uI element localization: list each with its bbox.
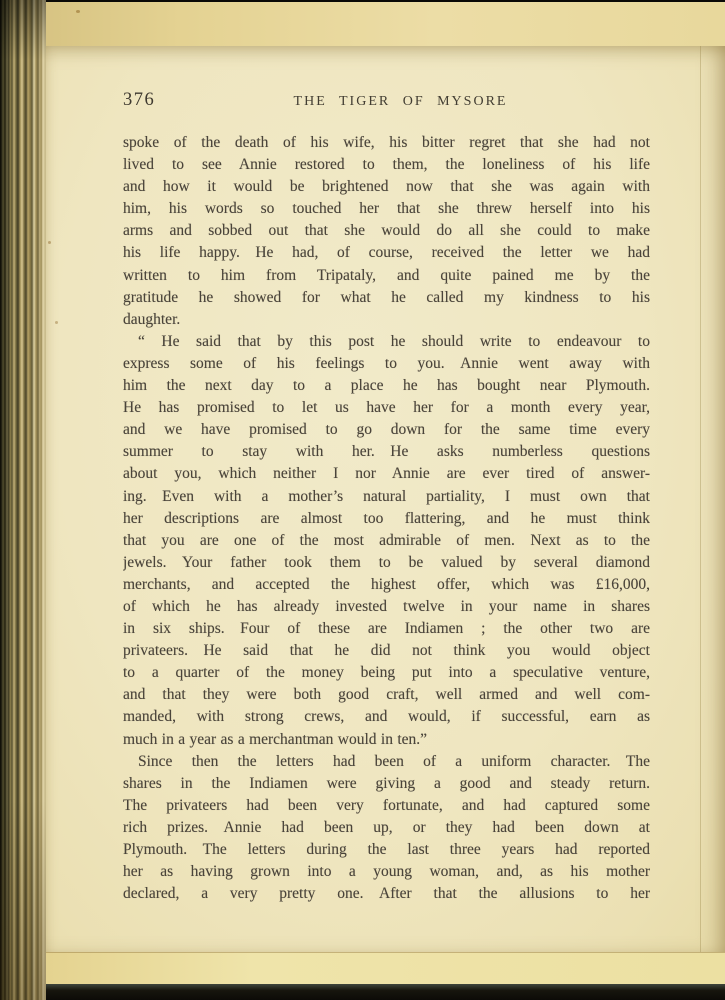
foxing-speck	[48, 241, 51, 244]
text-line: much in a year as a merchantman would in…	[123, 729, 650, 751]
text-line: about you, which neither I nor Annie are…	[123, 463, 650, 485]
text-line: arms and sobbed out that she would do al…	[123, 220, 650, 242]
page-number: 376	[123, 90, 155, 111]
text-line: Plymouth. The letters during the last th…	[123, 839, 650, 861]
text-line: of which he has already invested twelve …	[123, 596, 650, 618]
book-page: 376 THE TIGER OF MYSORE spoke of the dea…	[44, 46, 725, 952]
bottom-page-edges	[0, 952, 725, 985]
left-page-edges	[0, 0, 46, 1000]
page-content: 376 THE TIGER OF MYSORE spoke of the dea…	[123, 90, 650, 905]
text-line: privateers. He said that he did not thin…	[123, 640, 650, 662]
text-line: spoke of the death of his wife, his bitt…	[123, 132, 650, 154]
text-line: to a quarter of the money being put into…	[123, 662, 650, 684]
text-block: spoke of the death of his wife, his bitt…	[123, 132, 650, 905]
text-line: that you are one of the most admirable o…	[123, 530, 650, 552]
text-line: ing. Even with a mother’s natural partia…	[123, 486, 650, 508]
text-line: gratitude he showed for what he called m…	[123, 287, 650, 309]
text-line: shares in the Indiamen were giving a goo…	[123, 773, 650, 795]
text-line: and we have promised to go down for the …	[123, 419, 650, 441]
book-photo: 376 THE TIGER OF MYSORE spoke of the dea…	[0, 0, 725, 1000]
text-line: her as having grown into a young woman, …	[123, 861, 650, 883]
foxing-speck	[76, 10, 80, 13]
text-line: written to him from Tripataly, and quite…	[123, 265, 650, 287]
text-line: jewels. Your father took them to be valu…	[123, 552, 650, 574]
text-line: his life happy. He had, of course, recei…	[123, 242, 650, 264]
text-line: “ He said that by this post he should wr…	[123, 331, 650, 353]
text-line: him the next day to a place he has bough…	[123, 375, 650, 397]
text-line: and how it would be brightened now that …	[123, 176, 650, 198]
text-line: daughter.	[123, 309, 650, 331]
page-right-fold-line	[700, 46, 701, 952]
foxing-speck	[55, 321, 58, 324]
text-line: summer to stay with her. He asks numberl…	[123, 441, 650, 463]
top-page-edges	[0, 2, 725, 47]
text-line: lived to see Annie restored to them, the…	[123, 154, 650, 176]
text-line: express some of his feelings to you. Ann…	[123, 353, 650, 375]
text-line: He has promised to let us have her for a…	[123, 397, 650, 419]
table-shadow	[0, 984, 725, 1000]
page-header: 376 THE TIGER OF MYSORE	[123, 90, 650, 112]
running-title: THE TIGER OF MYSORE	[294, 94, 508, 110]
text-line: her descriptions are almost too flatteri…	[123, 508, 650, 530]
text-line: Since then the letters had been of a uni…	[123, 751, 650, 773]
text-line: The privateers had been very fortunate, …	[123, 795, 650, 817]
text-line: in six ships. Four of these are Indiamen…	[123, 618, 650, 640]
text-line: manded, with strong crews, and would, if…	[123, 706, 650, 728]
text-line: declared, a very pretty one. After that …	[123, 883, 650, 905]
text-line: rich prizes. Annie had been up, or they …	[123, 817, 650, 839]
text-line: and that they were both good craft, well…	[123, 684, 650, 706]
text-line: merchants, and accepted the highest offe…	[123, 574, 650, 596]
text-line: him, his words so touched her that she t…	[123, 198, 650, 220]
